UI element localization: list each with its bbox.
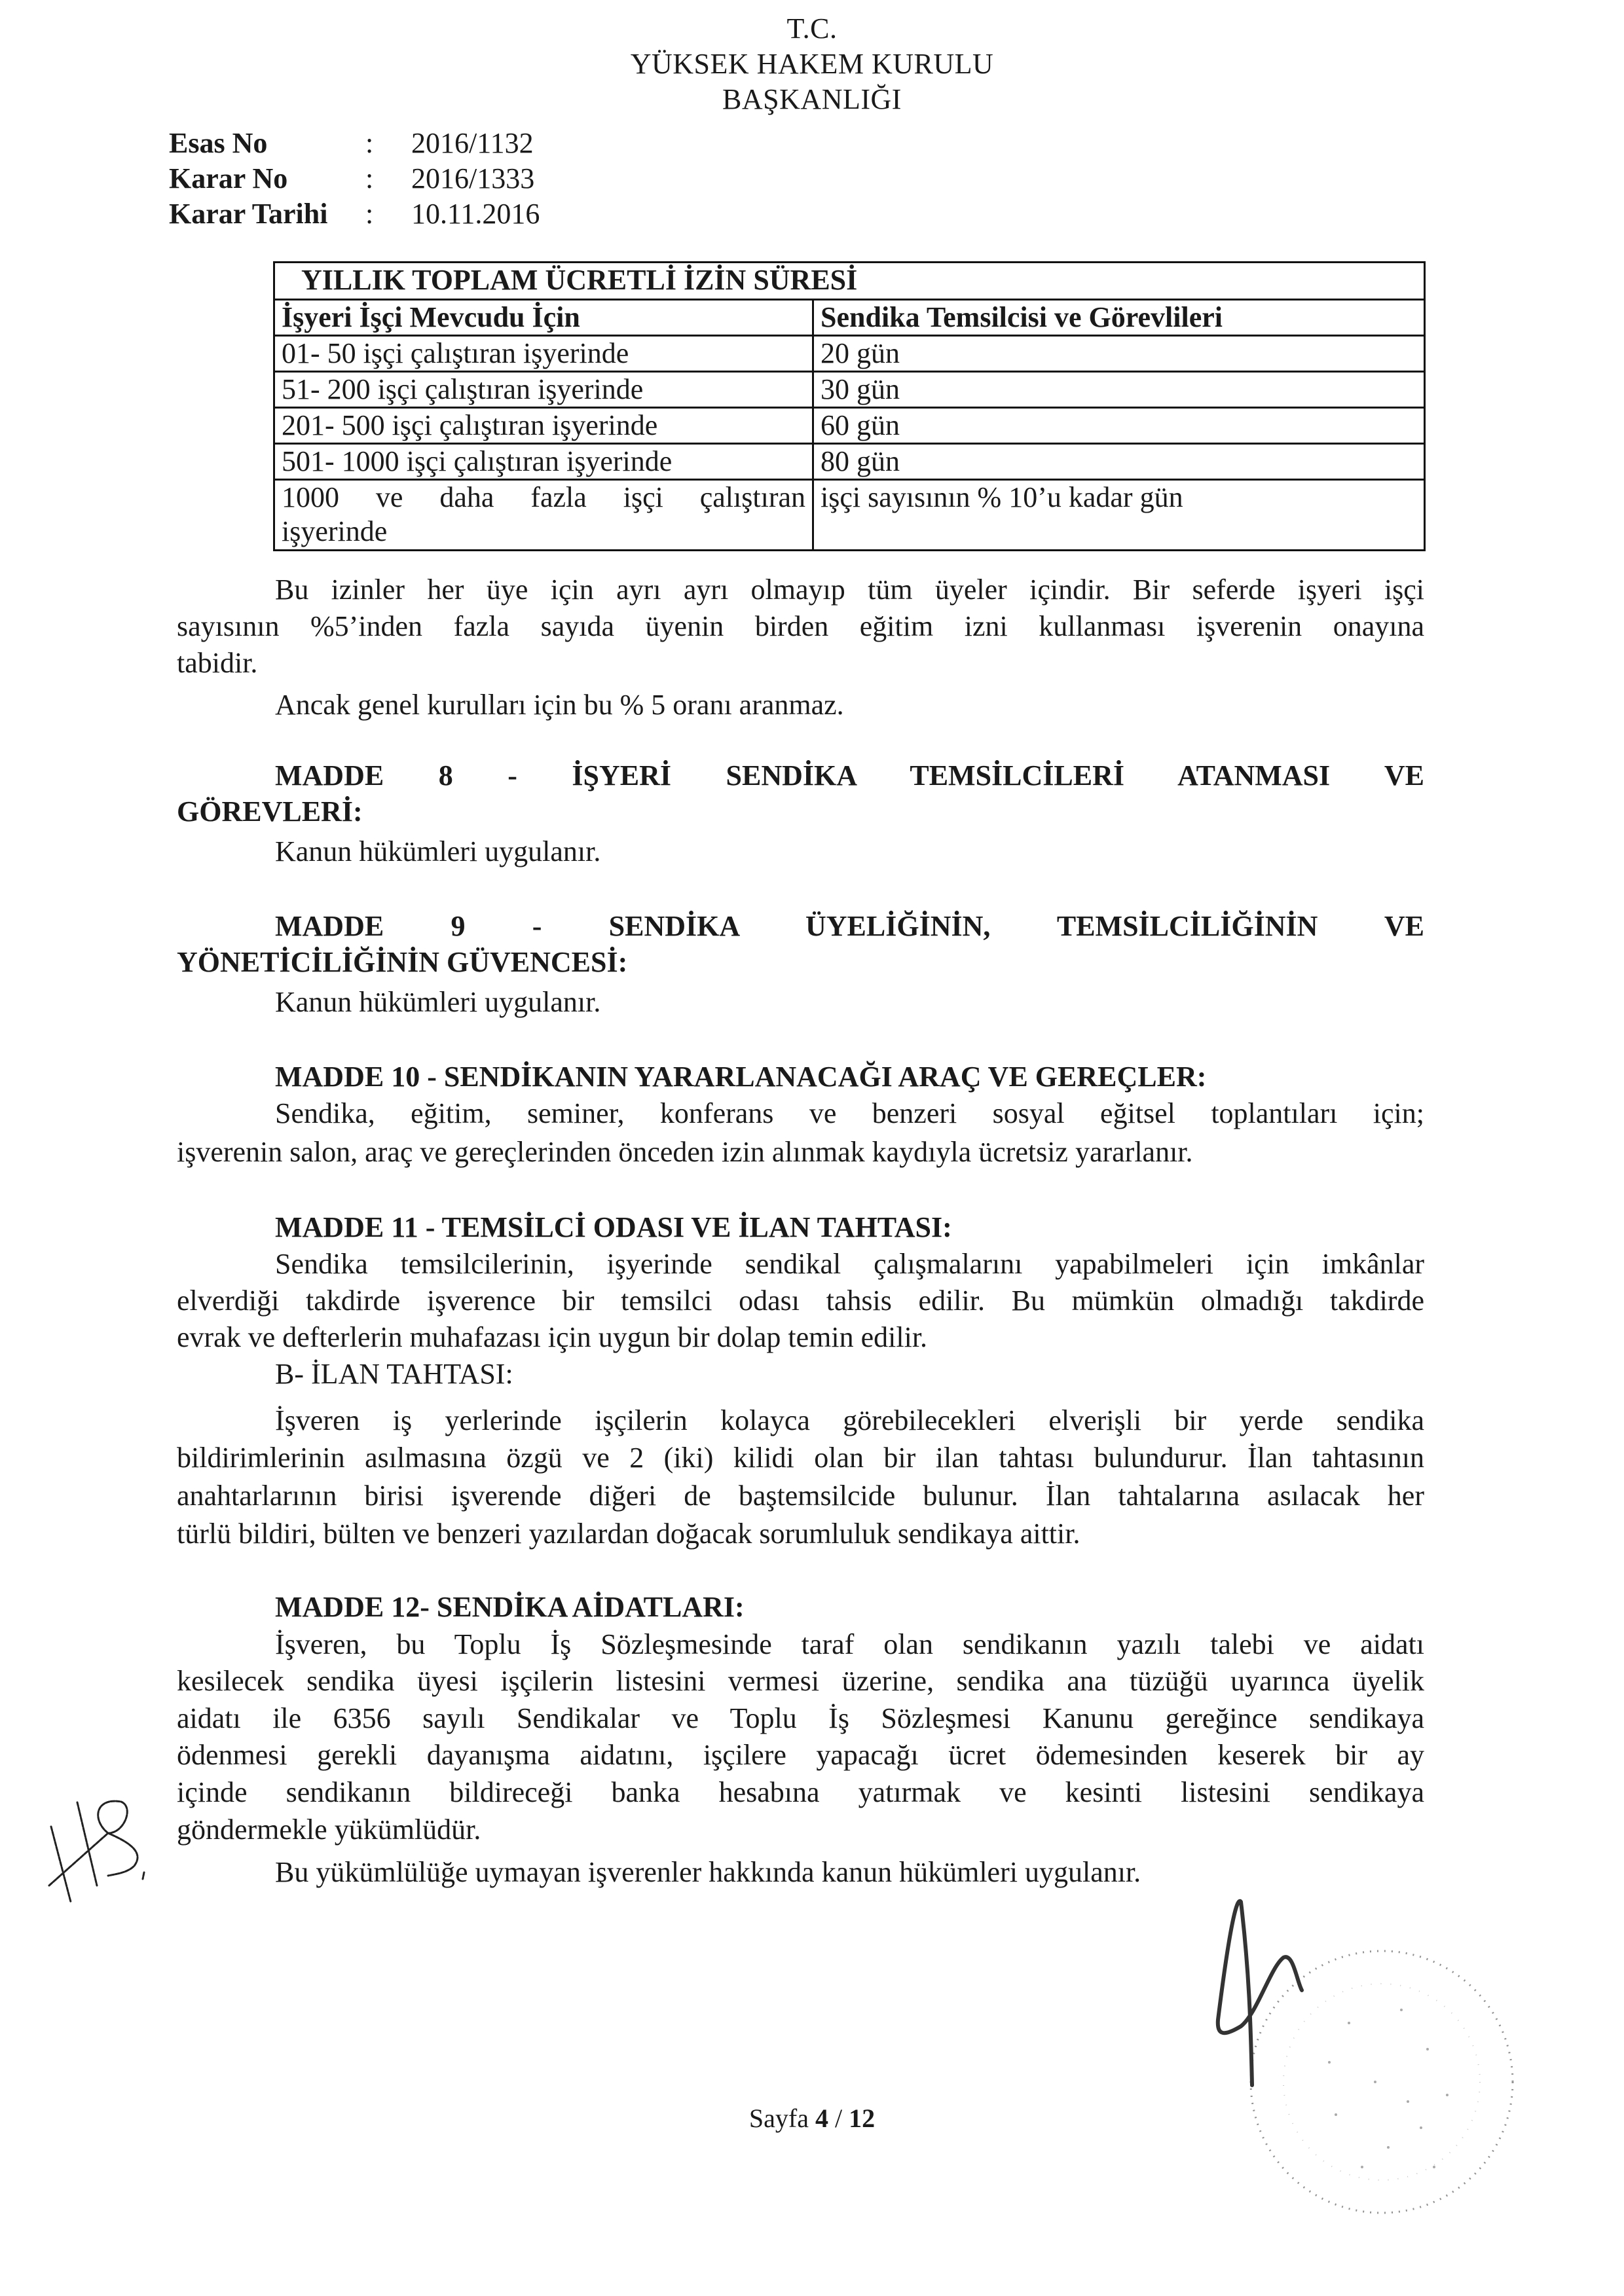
table-row: 1000 ve daha fazla işçi çalıştıran işyer… [274, 480, 1425, 551]
madde-11-subheading: B- İLAN TAHTASI: [275, 1358, 1424, 1391]
page-current: 4 [815, 2104, 828, 2133]
table-row: 01- 50 işçi çalıştıran işyerinde 20 gün [274, 336, 1425, 372]
paragraph-line: göndermekle yükümlüdür. [177, 1813, 1424, 1846]
paragraph-line: Bu izinler her üye için ayrı ayrı olmayı… [275, 574, 1424, 606]
page-label: Sayfa [749, 2104, 809, 2133]
paragraph-line: kesilecek sendika üyesi işçilerin listes… [177, 1665, 1424, 1698]
page-number: Sayfa 4 / 12 [0, 2103, 1624, 2134]
paragraph-line: türlü bildiri, bülten ve benzeri yazılar… [177, 1518, 1424, 1550]
page-sep: / [835, 2104, 842, 2133]
table-cell: 1000 ve daha fazla işçi çalıştıran işyer… [274, 480, 813, 551]
table-cell: 80 gün [813, 444, 1425, 480]
column-header-representatives: Sendika Temsilcisi ve Görevlileri [813, 300, 1425, 336]
meta-karar-no: Karar No : 2016/1333 [169, 161, 627, 196]
paragraph-line: tabidir. [177, 647, 1424, 680]
madde-9-heading-cont: YÖNETİCİLİĞİNİN GÜVENCESİ: [177, 946, 1424, 979]
paragraph-line: İşveren, bu Toplu İş Sözleşmesinde taraf… [275, 1628, 1424, 1661]
table-cell: 30 gün [813, 372, 1425, 408]
paragraph-line: Sendika, eğitim, seminer, konferans ve b… [275, 1097, 1424, 1130]
paragraph-line: Bu yükümlülüğe uymayan işverenler hakkın… [275, 1856, 1424, 1889]
header-department: BAŞKANLIĞI [0, 82, 1624, 117]
column-header-workforce: İşyeri İşçi Mevcudu İçin [274, 300, 813, 336]
madde-8-heading-cont: GÖREVLERİ: [177, 795, 1424, 828]
paragraph-line: anahtarlarının birisi işverende diğeri d… [177, 1480, 1424, 1512]
paragraph-line: elverdiği takdirde işverence bir temsilc… [177, 1285, 1424, 1317]
madde-10-heading: MADDE 10 - SENDİKANIN YARARLANACAĞI ARAÇ… [275, 1061, 1424, 1093]
meta-sep: : [365, 161, 373, 196]
madde-8-heading: MADDE 8 - İŞYERİ SENDİKA TEMSİLCİLERİ AT… [275, 759, 1424, 792]
meta-value: 2016/1132 [411, 126, 534, 161]
meta-label: Karar No [169, 161, 287, 196]
meta-label: Esas No [169, 126, 267, 161]
table-row: 51- 200 işçi çalıştıran işyerinde 30 gün [274, 372, 1425, 408]
paragraph-line: işverenin salon, araç ve gereçlerinden ö… [177, 1136, 1424, 1169]
paragraph-line: aidatı ile 6356 sayılı Sendikalar ve Top… [177, 1702, 1424, 1735]
meta-esas-no: Esas No : 2016/1132 [169, 126, 627, 161]
meta-sep: : [365, 126, 373, 161]
table-cell: 51- 200 işçi çalıştıran işyerinde [274, 372, 813, 408]
meta-karar-tarihi: Karar Tarihi : 10.11.2016 [169, 196, 627, 232]
leave-duration-table: YILLIK TOPLAM ÜCRETLİ İZİN SÜRESİ İşyeri… [273, 261, 1426, 551]
table-cell: 60 gün [813, 408, 1425, 444]
page-total: 12 [849, 2104, 875, 2133]
table-row: 201- 500 işçi çalıştıran işyerinde 60 gü… [274, 408, 1425, 444]
meta-value: 10.11.2016 [411, 196, 540, 232]
paragraph-line: Sendika temsilcilerinin, işyerinde sendi… [275, 1248, 1424, 1281]
handwritten-initials-icon [39, 1794, 157, 1905]
table-title: YILLIK TOPLAM ÜCRETLİ İZİN SÜRESİ [274, 263, 1425, 300]
paragraph-line: evrak ve defterlerin muhafazası için uyg… [177, 1321, 1424, 1354]
header-tc: T.C. [0, 12, 1624, 46]
table-cell: 01- 50 işçi çalıştıran işyerinde [274, 336, 813, 372]
table-row: 501- 1000 işçi çalıştıran işyerinde 80 g… [274, 444, 1425, 480]
paragraph-line: içinde sendikanın bildireceği banka hesa… [177, 1776, 1424, 1809]
table-cell: 501- 1000 işçi çalıştıran işyerinde [274, 444, 813, 480]
meta-value: 2016/1333 [411, 161, 534, 196]
meta-label: Karar Tarihi [169, 196, 327, 232]
paragraph-line: sayısının %5’inden fazla sayıda üyenin b… [177, 610, 1424, 643]
table-cell: 201- 500 işçi çalıştıran işyerinde [274, 408, 813, 444]
madde-11-heading: MADDE 11 - TEMSİLCİ ODASI VE İLAN TAHTAS… [275, 1211, 1424, 1244]
paragraph-line: ödenmesi gerekli dayanışma aidatını, işç… [177, 1739, 1424, 1772]
madde-12-heading: MADDE 12- SENDİKA AİDATLARI: [275, 1591, 1424, 1624]
madde-9-heading: MADDE 9 - SENDİKA ÜYELİĞİNİN, TEMSİLCİLİ… [275, 910, 1424, 943]
table-cell-line: 1000 ve daha fazla işçi çalıştıran [282, 481, 805, 515]
madde-8-body: Kanun hükümleri uygulanır. [275, 835, 1424, 868]
header-institution: YÜKSEK HAKEM KURULU [0, 47, 1624, 81]
paragraph-line: Ancak genel kurulları için bu % 5 oranı … [275, 689, 1424, 721]
table-cell-line: işyerinde [282, 515, 387, 547]
madde-9-body: Kanun hükümleri uygulanır. [275, 986, 1424, 1019]
paragraph-line: bildirimlerinin asılmasına özgü ve 2 (ik… [177, 1442, 1424, 1474]
handwritten-signature-icon [1211, 1895, 1342, 2111]
table-cell: işçi sayısının % 10’u kadar gün [813, 480, 1425, 551]
meta-sep: : [365, 196, 373, 232]
table-cell: 20 gün [813, 336, 1425, 372]
paragraph-line: İşveren iş yerlerinde işçilerin kolayca … [275, 1404, 1424, 1437]
